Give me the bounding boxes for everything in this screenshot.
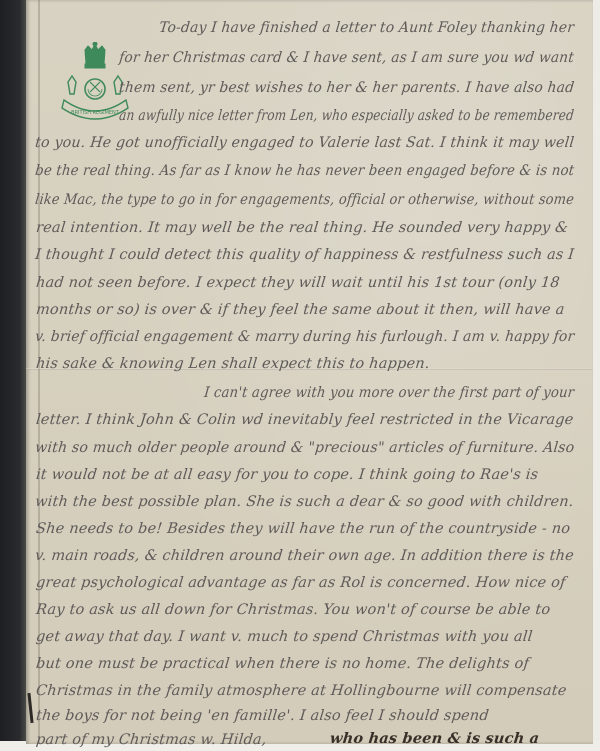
letter-line: for her Christmas card & I have sent, as… xyxy=(118,50,574,66)
letter-line: but one must be practical when there is … xyxy=(35,656,530,672)
letter-line: v. main roads, & children around their o… xyxy=(34,548,574,564)
letter-line-dark-ink: who has been & is such a xyxy=(329,730,540,747)
letter-line: I thought I could detect this quality of… xyxy=(34,247,575,263)
letter-line: like Mac, the type to go in for engageme… xyxy=(34,192,575,208)
letter-body: To-day I have finished a letter to Aunt … xyxy=(0,0,600,751)
letter-line: She needs to be! Besides they will have … xyxy=(35,521,571,537)
letter-line: it would not be at all easy for you to c… xyxy=(35,467,539,483)
letter-line: with so much older people around & "prec… xyxy=(34,440,575,456)
letter-line: letter. I think John & Colin wd inevitab… xyxy=(35,412,574,428)
letter-line: I can't agree with you more over the fir… xyxy=(203,385,575,401)
letter-line: real intention. It may well be the real … xyxy=(35,220,569,236)
letter-line: Ray to ask us all down for Christmas. Yo… xyxy=(35,602,551,618)
letter-line: an awfully nice letter from Len, who esp… xyxy=(118,108,574,124)
letter-line: with the best possible plan. She is such… xyxy=(34,494,574,510)
letter-line: be the real thing. As far as I know he h… xyxy=(34,163,575,179)
letter-line: them sent, yr best wishes to her & her p… xyxy=(118,80,575,96)
letter-line: great psychological advantage as far as … xyxy=(35,575,566,591)
letter-line: months or so) is over & if they feel the… xyxy=(35,302,565,318)
letter-line: Christmas in the family atmosphere at Ho… xyxy=(35,683,567,699)
letter-line: To-day I have finished a letter to Aunt … xyxy=(158,20,575,36)
letter-line: had not seen before. I expect they will … xyxy=(35,275,560,291)
letter-line: to you. He got unofficially engaged to V… xyxy=(34,135,575,151)
letter-line: v. brief official engagement & marry dur… xyxy=(34,329,575,345)
letter-line: part of my Christmas w. Hilda, xyxy=(35,732,267,748)
letter-line: the boys for not being 'en famille'. I a… xyxy=(35,708,490,724)
letter-line: get away that day. I want v. much to spe… xyxy=(35,629,533,645)
letter-line: his sake & knowing Len shall expect this… xyxy=(35,356,430,372)
